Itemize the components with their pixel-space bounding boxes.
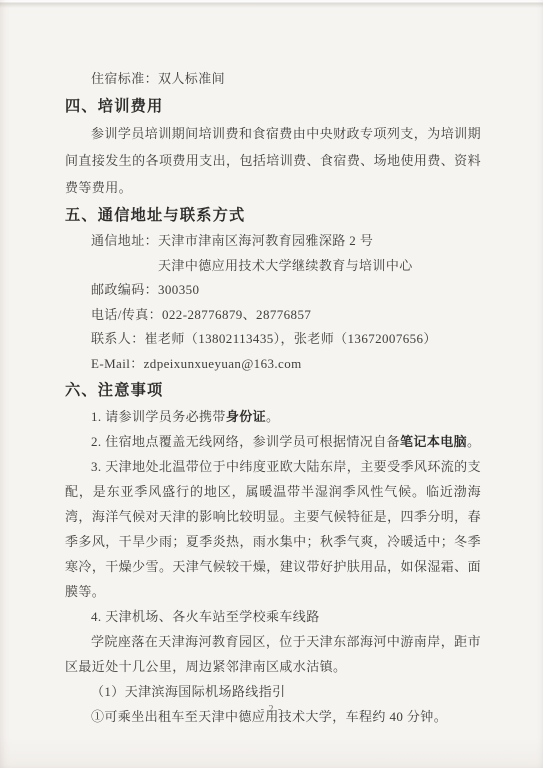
note-item-2-bold-laptop: 笔记本电脑 bbox=[400, 434, 467, 449]
lodging-standard-line: 住宿标准：双人标准间 bbox=[65, 66, 481, 92]
page-number: - 2 - bbox=[0, 704, 543, 715]
contact-block: 通信地址： 天津市津南区海河教育园雅深路 2 号 天津中德应用技术大学继续教育与… bbox=[91, 229, 481, 376]
mailing-address-label: 通信地址： bbox=[91, 229, 158, 278]
note-item-2-text: 2. 住宿地点覆盖无线网络，参训学员可根据情况自备 bbox=[91, 434, 400, 449]
section-fee-heading: 四、培训费用 bbox=[65, 94, 481, 120]
section-contact-heading: 五、通信地址与联系方式 bbox=[65, 203, 481, 229]
mailing-address-row: 通信地址： 天津市津南区海河教育园雅深路 2 号 天津中德应用技术大学继续教育与… bbox=[91, 229, 481, 278]
mailing-address-value: 天津市津南区海河教育园雅深路 2 号 天津中德应用技术大学继续教育与培训中心 bbox=[158, 229, 413, 278]
section-notes-heading: 六、注意事项 bbox=[65, 378, 481, 404]
phone-fax-line: 电话/传真：022-28776879、28776857 bbox=[91, 303, 481, 328]
email-line: E-Mail：zdpeixunxueyuan@163.com bbox=[91, 352, 481, 377]
section-fee-paragraph: 参训学员培训期间培训费和食宿费由中央财政专项列支，为培训期间直接发生的各项费用支… bbox=[65, 120, 481, 201]
airport-route-title: （1）天津滨海国际机场路线指引 bbox=[65, 679, 481, 704]
mailing-address-line2: 天津中德应用技术大学继续教育与培训中心 bbox=[158, 254, 413, 279]
postal-code-line: 邮政编码：300350 bbox=[91, 278, 481, 303]
note-item-1: 1. 请参训学员务必携带身份证。 bbox=[65, 404, 481, 429]
note-item-2: 2. 住宿地点覆盖无线网络，参训学员可根据情况自备笔记本电脑。 bbox=[65, 429, 481, 454]
note-item-4-transport-title: 4. 天津机场、各火车站至学校乘车线路 bbox=[65, 604, 481, 629]
campus-location-paragraph: 学院座落在天津海河教育园区，位于天津东部海河中游南岸，距市区最近处十几公里，周边… bbox=[65, 629, 481, 679]
note-item-3-climate: 3. 天津地处北温带位于中纬度亚欧大陆东岸，主要受季风环流的支配，是东亚季风盛行… bbox=[65, 454, 481, 604]
document-content: 住宿标准：双人标准间 四、培训费用 参训学员培训期间培训费和食宿费由中央财政专项… bbox=[65, 66, 481, 729]
note-item-1-text: 1. 请参训学员务必携带 bbox=[91, 409, 226, 424]
note-item-1-bold-id-card: 身份证 bbox=[226, 409, 266, 424]
note-item-2-period: 。 bbox=[467, 434, 480, 449]
notes-list: 1. 请参训学员务必携带身份证。 2. 住宿地点覆盖无线网络，参训学员可根据情况… bbox=[65, 404, 481, 729]
note-item-1-period: 。 bbox=[266, 409, 279, 424]
scanned-document-page: 住宿标准：双人标准间 四、培训费用 参训学员培训期间培训费和食宿费由中央财政专项… bbox=[0, 0, 543, 768]
mailing-address-line1: 天津市津南区海河教育园雅深路 2 号 bbox=[158, 229, 413, 254]
contact-persons-line: 联系人：崔老师（13802113435），张老师（13672007656） bbox=[91, 327, 481, 352]
